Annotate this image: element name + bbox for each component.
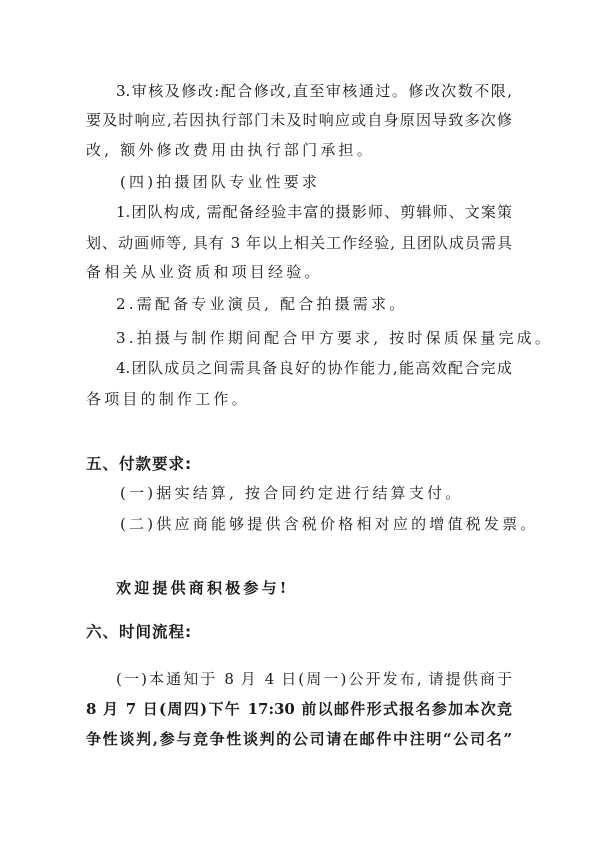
paragraph-review-line-2: 要及时响应,若因执行部门未及时响应或自身原因导致多次修 (86, 111, 512, 129)
section-heading-payment: 五、付款要求: (86, 455, 512, 473)
subheading-team-requirements: (四)拍摄团队专业性要求 (120, 173, 546, 191)
document-page: 3.审核及修改:配合修改,直至审核通过。修改次数不限, 要及时响应,若因执行部门… (0, 0, 595, 841)
timeline-item-1-line-1: (一)本通知于 8 月 4 日(周一)公开发布, 请提供商于 (116, 670, 512, 688)
paragraph-team-line-3: 备相关从业资质和项目经验。 (86, 263, 512, 281)
payment-item-1: (一)据实结算, 按合同约定进行结算支付。 (120, 484, 546, 502)
paragraph-collaboration-line-1: 4.团队成员之间需具备良好的协作能力,能高效配合完成 (116, 359, 512, 377)
paragraph-review-line-1: 3.审核及修改:配合修改,直至审核通过。修改次数不限, (116, 82, 512, 100)
welcome-note: 欢迎提供商积极参与! (116, 579, 512, 597)
paragraph-team-line-2: 划、动画师等, 具有 3 年以上相关工作经验, 且团队成员需具 (86, 234, 512, 252)
paragraph-schedule: 3.拍摄与制作期间配合甲方要求, 按时保质保量完成。 (116, 329, 512, 347)
section-heading-timeline: 六、时间流程: (86, 623, 512, 641)
paragraph-team-line-1: 1.团队构成, 需配备经验丰富的摄影师、剪辑师、文案策 (116, 203, 512, 221)
timeline-item-1-line-2: 8 月 7 日(周四)下午 17:30 前以邮件形式报名参加本次竞 (86, 700, 512, 718)
timeline-item-1-line-3: 争性谈判,参与竞争性谈判的公司请在邮件中注明“公司名” (86, 730, 512, 748)
paragraph-review-line-3: 改, 额外修改费用由执行部门承担。 (86, 141, 512, 159)
paragraph-collaboration-line-2: 各项目的制作工作。 (86, 390, 512, 408)
payment-item-2: (二)供应商能够提供含税价格相对应的增值税发票。 (120, 515, 546, 533)
paragraph-actors: 2.需配备专业演员, 配合拍摄需求。 (116, 295, 512, 313)
